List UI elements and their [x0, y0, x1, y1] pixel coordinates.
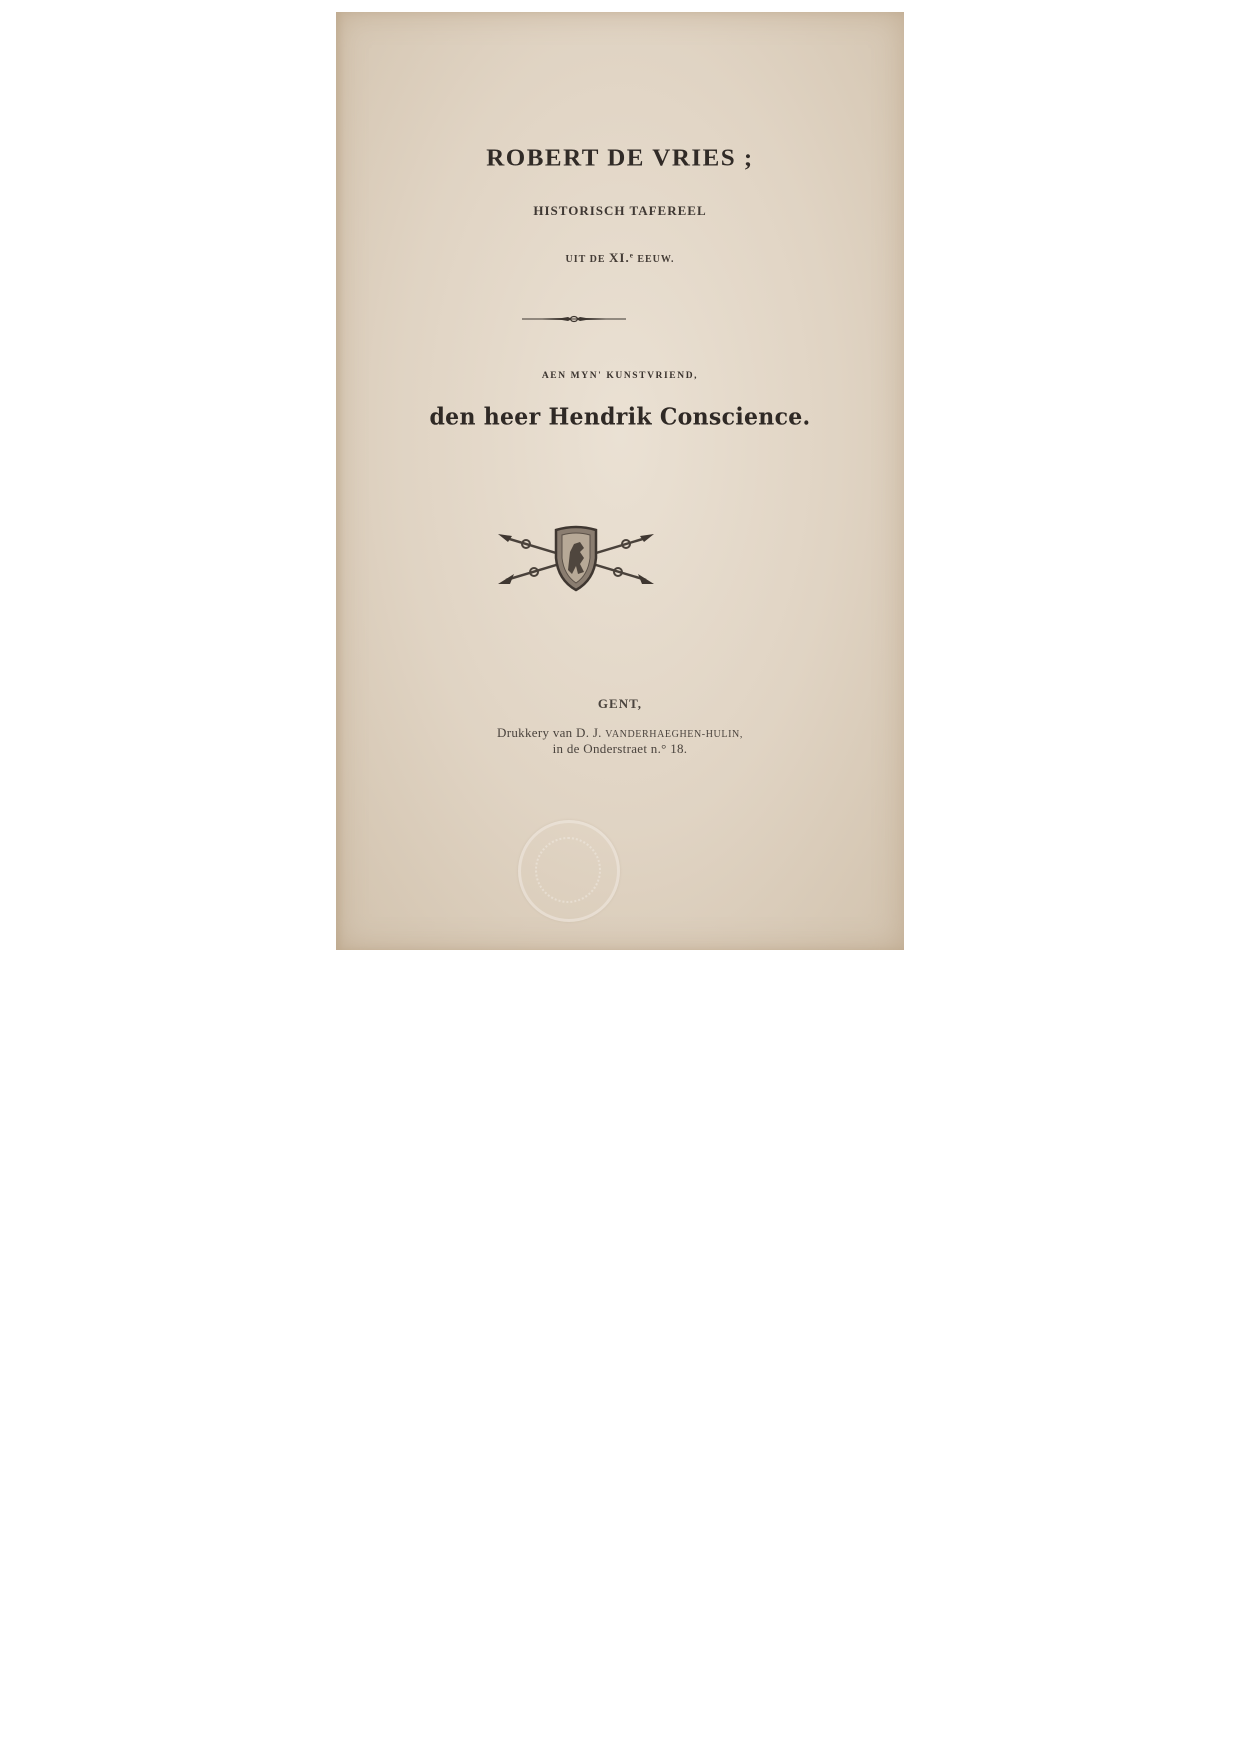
dedication-label: AEN MYN' KUNSTVRIEND,: [336, 371, 904, 381]
printer-name: VANDERHAEGHEN-HULIN,: [605, 729, 743, 740]
shield-crossed-spears-icon: [496, 522, 656, 594]
century-prefix: UIT DE: [566, 254, 606, 265]
library-stamp-inner: [535, 837, 601, 903]
century-numeral: XI.: [609, 250, 630, 265]
imprint-place: GENT,: [336, 696, 904, 712]
century-superscript: e: [630, 252, 634, 260]
printer-prefix: Drukkery van D. J.: [497, 725, 602, 740]
dedicatee-name: den heer Hendrik Conscience.: [336, 403, 904, 430]
library-stamp-icon: [518, 820, 620, 922]
imprint-printer: Drukkery van D. J. VANDERHAEGHEN-HULIN,: [336, 725, 904, 741]
century-line: UIT DE XI.e EEUW.: [336, 250, 904, 266]
book-subtitle: HISTORISCH TAFEREEL: [336, 203, 904, 219]
book-title: ROBERT DE VRIES ;: [336, 146, 904, 173]
ornament-rule-icon: [522, 314, 626, 324]
title-page: ROBERT DE VRIES ; HISTORISCH TAFEREEL UI…: [336, 12, 904, 950]
century-suffix: EEUW.: [637, 254, 674, 265]
imprint-address: in de Onderstraet n.° 18.: [336, 741, 904, 757]
